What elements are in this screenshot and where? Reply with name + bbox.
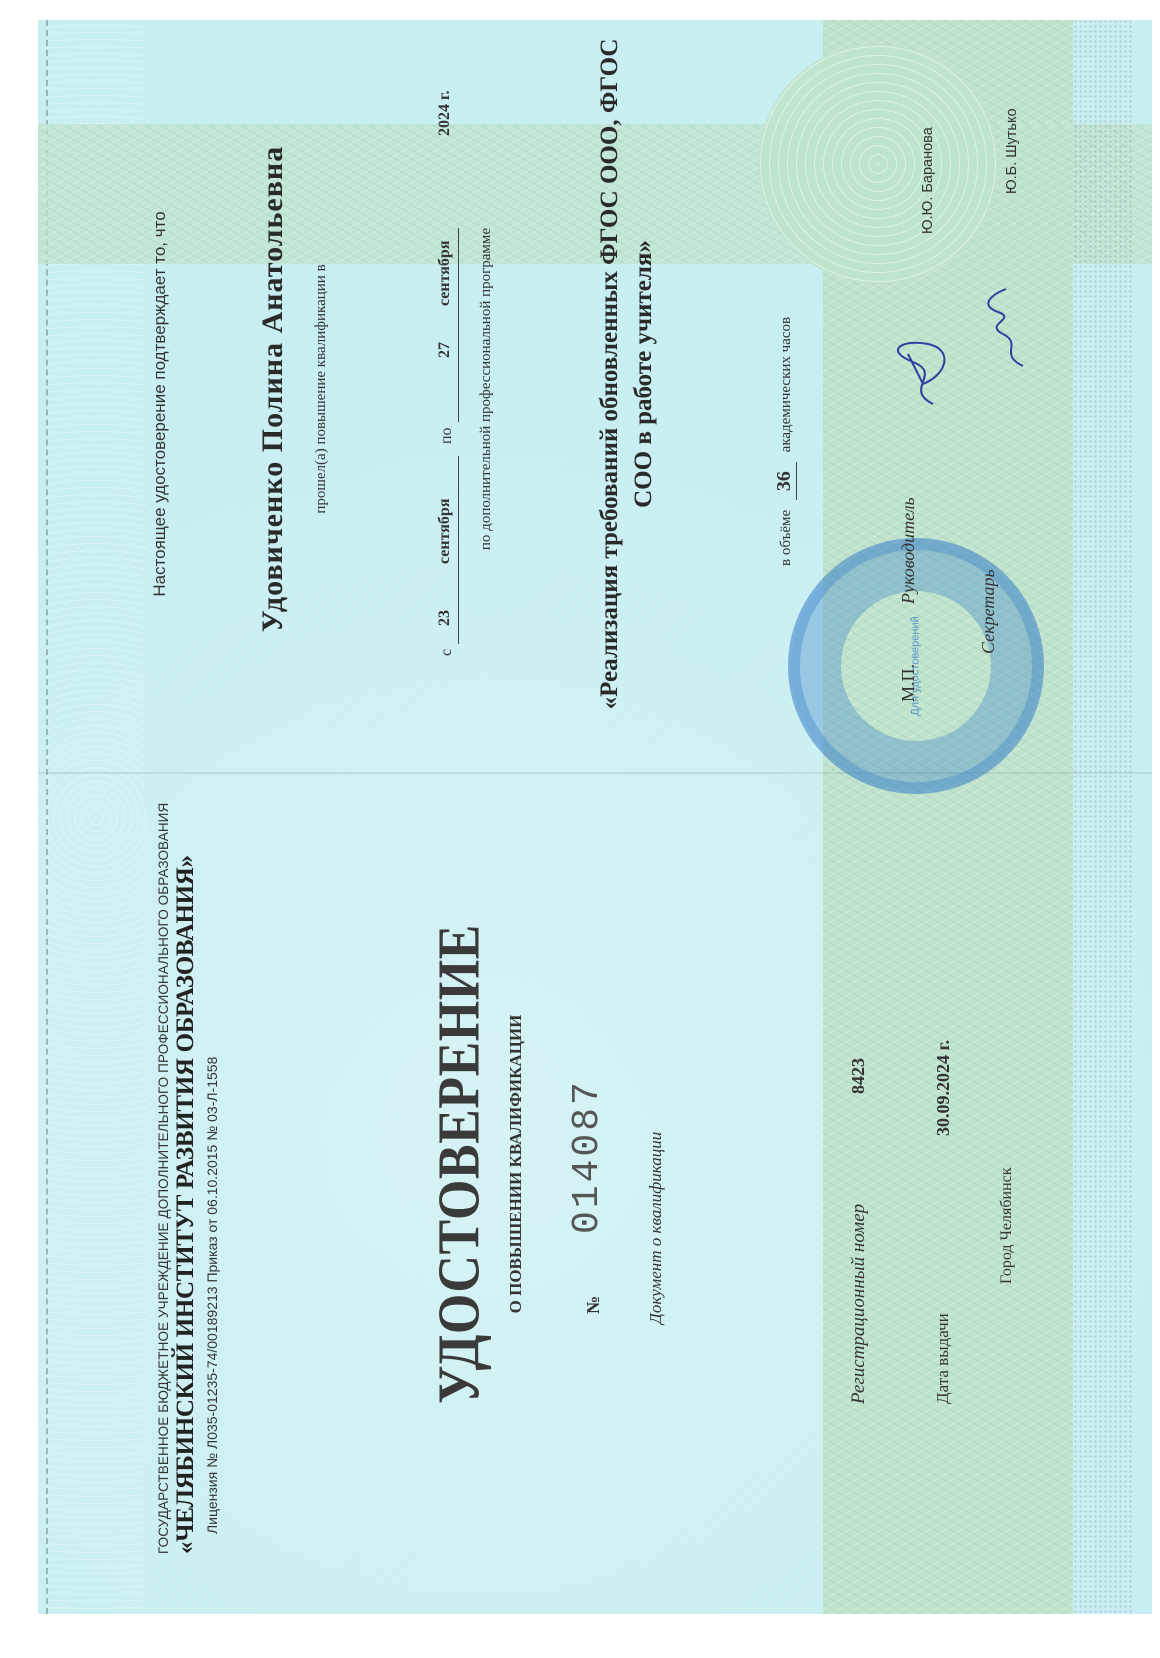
registration-number-label: Регистрационный номер <box>848 1204 870 1404</box>
issue-city: Город Челябинск <box>998 1167 1016 1284</box>
document-number: 014087 <box>566 1079 609 1234</box>
registration-number: 8423 <box>848 1058 869 1094</box>
volume-suffix: академических часов <box>778 317 794 452</box>
issuer-org-type: ГОСУДАРСТВЕННОЕ БЮДЖЕТНОЕ УЧРЕЖДЕНИЕ ДОП… <box>156 834 171 1554</box>
period-from-prefix: с <box>438 649 456 656</box>
period-from-day: 23 <box>436 610 454 626</box>
training-period: с 23 сентября по 27 сентября 2024 г. <box>436 36 464 656</box>
document-subtitle: О ПОВЫШЕНИИ КВАЛИФИКАЦИИ <box>506 924 526 1404</box>
cover-page: ГОСУДАРСТВЕННОЕ БЮДЖЕТНОЕ УЧРЕЖДЕНИЕ ДОП… <box>38 774 1152 1614</box>
issuer-org-name: «ЧЕЛЯБИНСКИЙ ИНСТИТУТ РАЗВИТИЯ ОБРАЗОВАН… <box>172 794 200 1554</box>
issue-date-label: Дата выдачи <box>933 1313 953 1404</box>
secretary-label: Секретарь <box>978 569 999 654</box>
issue-date: 30.09.2024 г. <box>933 1040 954 1136</box>
document-number-label: № <box>583 1296 604 1314</box>
period-to-month: сентября <box>436 241 454 306</box>
certificate-sheet: ГОСУДАРСТВЕННОЕ БЮДЖЕТНОЕ УЧРЕЖДЕНИЕ ДОП… <box>38 20 1152 1614</box>
head-signature-icon <box>893 324 953 414</box>
period-to-day: 27 <box>436 342 454 358</box>
stamp-place-label: М.П. <box>898 664 919 702</box>
volume-prefix: в объёме <box>778 510 794 566</box>
person-name: Удовиченко Полина Анатольевна <box>256 20 290 774</box>
program-name: «Реализация требований обновленных ФГОС … <box>593 34 661 714</box>
document-title: УДОСТОВЕРЕНИЕ <box>426 924 494 1404</box>
head-label: Руководитель <box>898 497 919 604</box>
volume-hours: 36 <box>773 462 797 500</box>
issuer-license: Лицензия № Л035-01235-74/00189213 Приказ… <box>204 834 220 1534</box>
certification-intro: Настоящее удостоверение подтверждает то,… <box>150 34 170 774</box>
passed-text: прошел(а) повышение квалификации в <box>313 20 330 774</box>
period-to-prefix: по <box>438 427 456 444</box>
content-page: Настоящее удостоверение подтверждает то,… <box>38 20 1152 774</box>
program-volume: в объёме 36 академических часов <box>773 46 797 566</box>
secretary-name: Ю.Б. Шутько <box>1004 108 1020 194</box>
document-kind: Документ о квалификации <box>646 1132 666 1324</box>
period-year: 2024 г. <box>436 91 454 136</box>
program-intro: по дополнительной профессиональной прогр… <box>478 20 495 774</box>
period-from-month: сентября <box>436 499 454 564</box>
secretary-signature-icon <box>978 284 1038 374</box>
head-name: Ю.Ю. Баранова <box>920 127 936 234</box>
